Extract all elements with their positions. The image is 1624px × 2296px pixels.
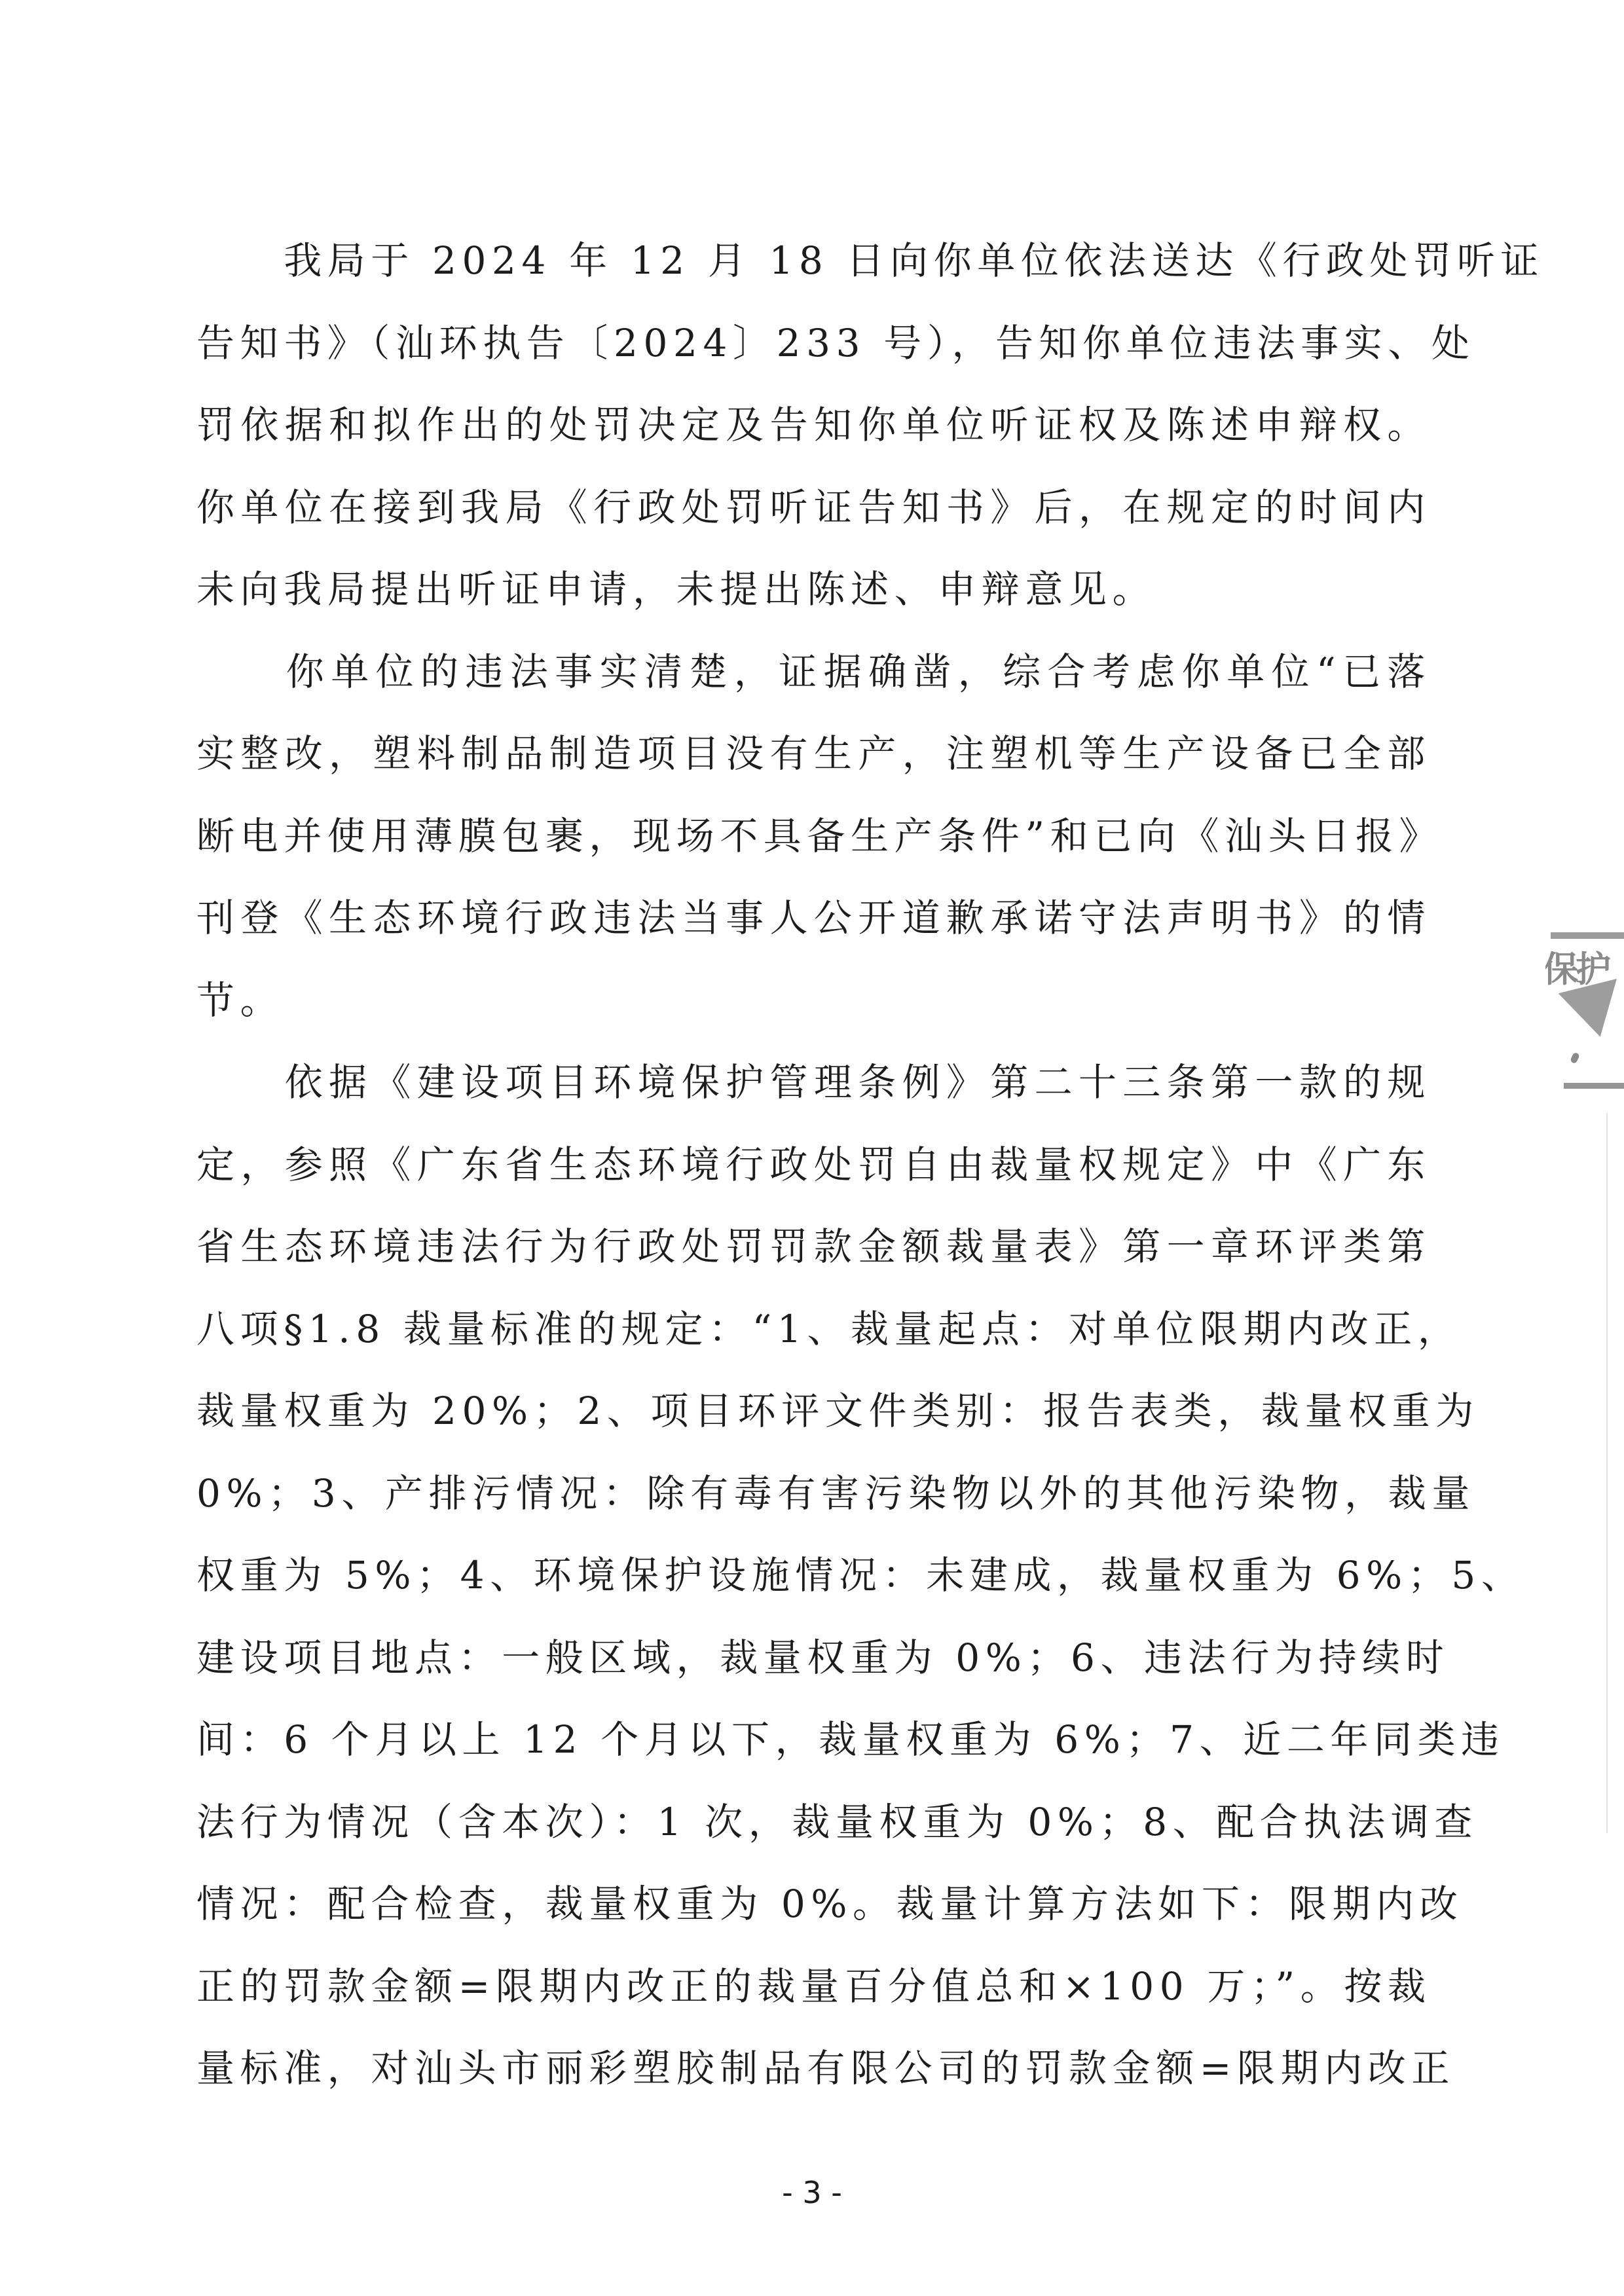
text-line: 0%；3、产排污情况：除有毒有害污染物以外的其他污染物，裁量: [196, 1453, 1431, 1535]
document-page: 我局于 2024 年 12 月 18 日向你单位依法送达《行政处罚听证 告知书》…: [0, 0, 1624, 2296]
document-body: 我局于 2024 年 12 月 18 日向你单位依法送达《行政处罚听证 告知书》…: [196, 220, 1431, 2110]
text-line: 未向我局提出听证申请，未提出陈述、申辩意见。: [196, 549, 1431, 631]
official-seal-fragment: 保护: [1545, 923, 1624, 1090]
text-line: 告知书》（汕环执告〔2024〕233 号），告知你单位违法事实、处: [196, 302, 1431, 385]
seal-border-bottom: [1564, 1083, 1624, 1089]
text-line: 量标准，对汕头市丽彩塑胶制品有限公司的罚款金额=限期内改正: [196, 2028, 1431, 2110]
text-line: 我局于 2024 年 12 月 18 日向你单位依法送达《行政处罚听证: [196, 220, 1431, 302]
seal-mark: [1570, 1052, 1580, 1065]
text-line: 实整改，塑料制品制造项目没有生产，注塑机等生产设备已全部: [196, 713, 1431, 795]
page-number: - 3 -: [0, 2175, 1624, 2210]
text-line: 法行为情况（含本次）：1 次，裁量权重为 0%；8、配合执法调查: [196, 1781, 1431, 1864]
text-line: 依据《建设项目环境保护管理条例》第二十三条第一款的规: [196, 1042, 1431, 1124]
text-line: 刊登《生态环境行政违法当事人公开道歉承诺守法声明书》的情: [196, 877, 1431, 960]
text-line: 八项§1.8 裁量标准的规定：“1、裁量起点：对单位限期内改正，: [196, 1288, 1431, 1371]
text-line: 情况：配合检查，裁量权重为 0%。裁量计算方法如下：限期内改: [196, 1863, 1431, 1946]
text-line: 你单位的违法事实清楚，证据确凿，综合考虑你单位“已落: [196, 631, 1431, 714]
text-line: 定，参照《广东省生态环境行政处罚自由裁量权规定》中《广东: [196, 1124, 1431, 1207]
text-line: 断电并使用薄膜包裹，现场不具备生产条件”和已向《汕头日报》: [196, 795, 1431, 878]
text-line: 裁量权重为 20%；2、项目环评文件类别：报告表类，裁量权重为: [196, 1370, 1431, 1453]
seal-border-top: [1551, 932, 1624, 939]
text-line: 罚依据和拟作出的处罚决定及告知你单位听证权及陈述申辩权。: [196, 384, 1431, 467]
scan-edge-line: [1606, 1113, 1608, 1833]
text-line: 权重为 5%；4、环境保护设施情况：未建成，裁量权重为 6%；5、: [196, 1535, 1431, 1617]
text-line: 间：6 个月以上 12 个月以下，裁量权重为 6%；7、近二年同类违: [196, 1699, 1431, 1781]
text-line: 正的罚款金额=限期内改正的裁量百分值总和×100 万；”。按裁: [196, 1946, 1431, 2028]
text-line: 节。: [196, 960, 1431, 1042]
text-line: 你单位在接到我局《行政处罚听证告知书》后，在规定的时间内: [196, 467, 1431, 549]
text-line: 建设项目地点：一般区域，裁量权重为 0%；6、违法行为持续时: [196, 1617, 1431, 1700]
text-line: 省生态环境违法行为行政处罚罚款金额裁量表》第一章环评类第: [196, 1206, 1431, 1288]
